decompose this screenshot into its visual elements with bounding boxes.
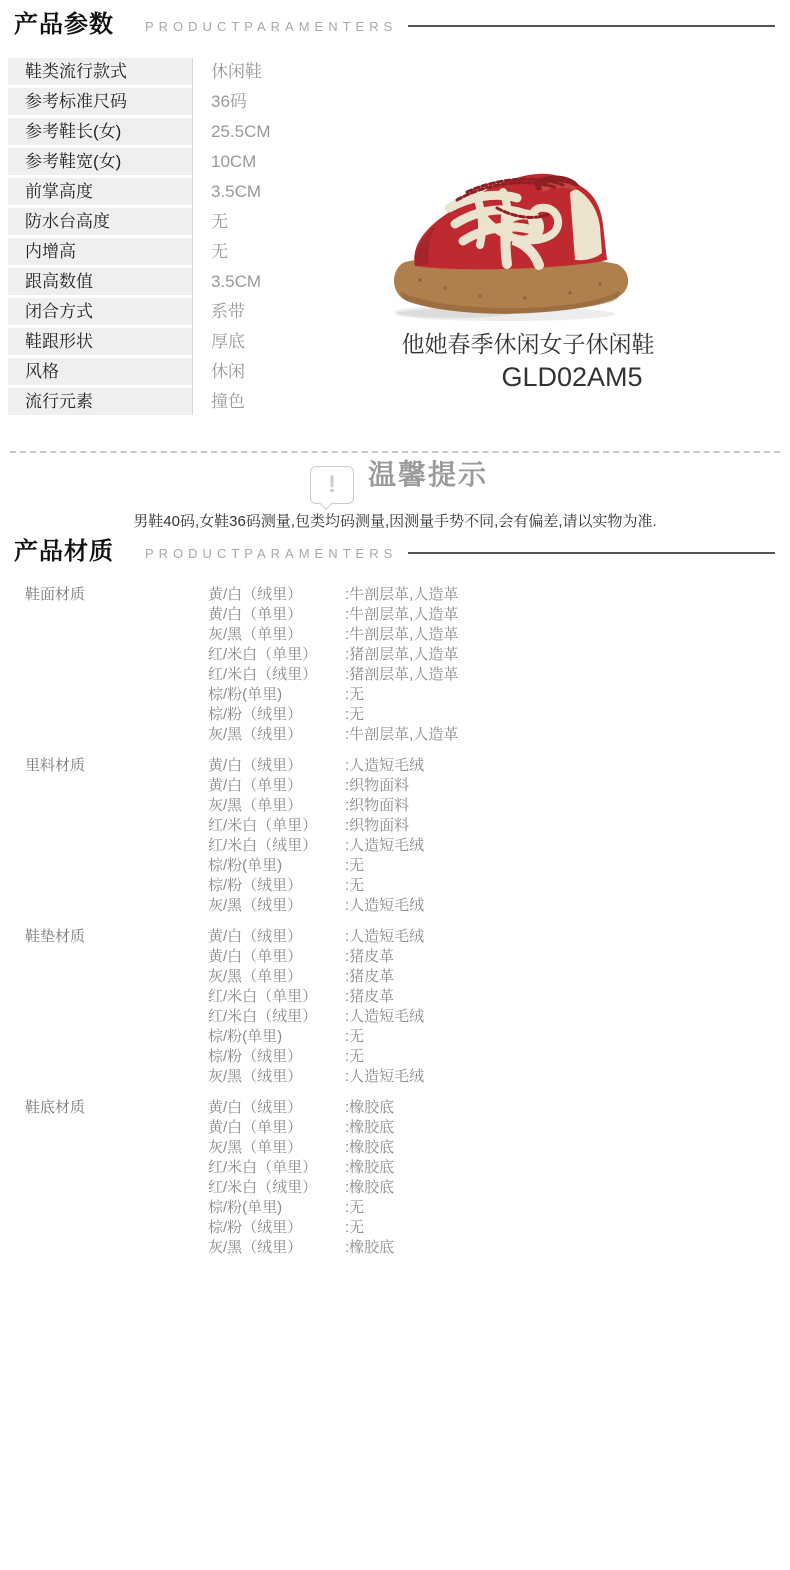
material-variant: 灰/黑（绒里） — [208, 1067, 345, 1087]
material-variant: 灰/黑（绒里） — [208, 896, 345, 916]
material-row: 红/米白（绒里）:人造短毛绒 — [208, 1007, 765, 1027]
material-variant: 棕/粉(单里) — [208, 1198, 345, 1218]
material-value: :无 — [345, 685, 364, 705]
material-value: :无 — [345, 705, 364, 725]
material-variant: 棕/粉(单里) — [208, 1027, 345, 1047]
product-title: 他她春季休闲女子休闲鞋 — [390, 326, 666, 359]
material-variant: 红/米白（绒里） — [208, 1007, 345, 1027]
section-header-materials: 产品材质 PRODUCTPARAMENTERS — [14, 537, 776, 571]
material-row: 红/米白（单里）:猪皮革 — [208, 987, 765, 1007]
material-block: 鞋垫材质黄/白（绒里）:人造短毛绒黄/白（单里）:猪皮革灰/黑（单里）:猪皮革红… — [25, 927, 765, 1087]
param-label: 前掌高度 — [8, 178, 192, 205]
material-variant: 棕/粉(单里) — [208, 685, 345, 705]
material-row: 灰/黑（单里）:橡胶底 — [208, 1138, 765, 1158]
section-title-params: 产品参数 — [14, 10, 114, 40]
param-label: 鞋类流行款式 — [8, 58, 192, 85]
table-row: 参考鞋长(女)25.5CM — [8, 118, 528, 145]
material-label: 鞋底材质 — [25, 1098, 85, 1118]
section-header-params: 产品参数 PRODUCTPARAMENTERS — [14, 10, 776, 44]
section-subtitle-materials: PRODUCTPARAMENTERS — [145, 546, 397, 561]
material-row: 棕/粉(单里):无 — [208, 1198, 765, 1218]
material-row: 棕/粉(单里):无 — [208, 685, 765, 705]
material-value: :无 — [345, 1218, 364, 1238]
material-row: 红/米白（单里）:橡胶底 — [208, 1158, 765, 1178]
material-value: :人造短毛绒 — [345, 927, 424, 947]
material-row: 灰/黑（单里）:猪皮革 — [208, 967, 765, 987]
material-variant: 黄/白（绒里） — [208, 585, 345, 605]
material-row: 灰/黑（绒里）:橡胶底 — [208, 1238, 765, 1258]
param-label: 流行元素 — [8, 388, 192, 415]
material-row: 棕/粉（绒里）:无 — [208, 876, 765, 896]
material-value: :猪剖层革,人造革 — [345, 665, 458, 685]
material-value: :牛剖层革,人造革 — [345, 725, 458, 745]
material-row: 红/米白（单里）:织物面料 — [208, 816, 765, 836]
material-variant: 红/米白（单里） — [208, 645, 345, 665]
material-row: 棕/粉（绒里）:无 — [208, 1218, 765, 1238]
material-value: :牛剖层革,人造革 — [345, 585, 458, 605]
param-value: 休闲 — [211, 358, 245, 385]
param-label: 防水台高度 — [8, 208, 192, 235]
param-value: 系带 — [211, 298, 245, 325]
material-label: 鞋面材质 — [25, 585, 85, 605]
material-variant: 红/米白（绒里） — [208, 836, 345, 856]
material-row: 灰/黑（绒里）:人造短毛绒 — [208, 1067, 765, 1087]
material-variant: 红/米白（绒里） — [208, 665, 345, 685]
param-value: 无 — [211, 208, 228, 235]
material-rows: 黄/白（绒里）:牛剖层革,人造革黄/白（单里）:牛剖层革,人造革灰/黑（单里）:… — [208, 585, 765, 745]
material-label: 鞋垫材质 — [25, 927, 85, 947]
param-label: 参考鞋宽(女) — [8, 148, 192, 175]
material-row: 黄/白（单里）:橡胶底 — [208, 1118, 765, 1138]
param-value: 厚底 — [211, 328, 245, 355]
material-value: :无 — [345, 856, 364, 876]
section-header-line — [408, 25, 775, 27]
param-label: 跟高数值 — [8, 268, 192, 295]
material-row: 黄/白（单里）:猪皮革 — [208, 947, 765, 967]
material-row: 棕/粉（绒里）:无 — [208, 1047, 765, 1067]
material-variant: 黄/白（绒里） — [208, 756, 345, 776]
material-row: 黄/白（绒里）:人造短毛绒 — [208, 927, 765, 947]
material-value: :无 — [345, 1027, 364, 1047]
material-row: 红/米白（绒里）:橡胶底 — [208, 1178, 765, 1198]
param-label: 风格 — [8, 358, 192, 385]
material-variant: 棕/粉(单里) — [208, 856, 345, 876]
material-value: :人造短毛绒 — [345, 756, 424, 776]
material-variant: 灰/黑（单里） — [208, 1138, 345, 1158]
material-row: 棕/粉（绒里）:无 — [208, 705, 765, 725]
param-value: 3.5CM — [211, 178, 261, 205]
material-value: :人造短毛绒 — [345, 896, 424, 916]
material-row: 黄/白（绒里）:人造短毛绒 — [208, 756, 765, 776]
material-value: :织物面料 — [345, 776, 409, 796]
param-value: 无 — [211, 238, 228, 265]
param-label: 闭合方式 — [8, 298, 192, 325]
material-value: :猪剖层革,人造革 — [345, 645, 458, 665]
tips-body-text: 男鞋40码,女鞋36码测量,包类均码测量,因测量手势不同,会有偏差,请以实物为准… — [0, 510, 790, 531]
material-variant: 黄/白（单里） — [208, 776, 345, 796]
param-value: 25.5CM — [211, 118, 271, 145]
tips-heading: 温馨提示 — [368, 453, 488, 493]
material-value: :橡胶底 — [345, 1138, 394, 1158]
product-code: GLD02AM5 — [420, 362, 724, 393]
param-value: 10CM — [211, 148, 256, 175]
material-value: :橡胶底 — [345, 1098, 394, 1118]
material-row: 红/米白（绒里）:猪剖层革,人造革 — [208, 665, 765, 685]
param-value: 撞色 — [211, 388, 245, 415]
material-variant: 黄/白（绒里） — [208, 1098, 345, 1118]
material-row: 灰/黑（单里）:织物面料 — [208, 796, 765, 816]
material-row: 灰/黑（绒里）:人造短毛绒 — [208, 896, 765, 916]
section-title-materials: 产品材质 — [14, 537, 114, 567]
param-label: 参考鞋长(女) — [8, 118, 192, 145]
material-row: 红/米白（单里）:猪剖层革,人造革 — [208, 645, 765, 665]
material-variant: 红/米白（单里） — [208, 816, 345, 836]
material-value: :人造短毛绒 — [345, 1007, 424, 1027]
material-block: 鞋面材质黄/白（绒里）:牛剖层革,人造革黄/白（单里）:牛剖层革,人造革灰/黑（… — [25, 585, 765, 745]
material-row: 黄/白（单里）:织物面料 — [208, 776, 765, 796]
material-value: :猪皮革 — [345, 947, 394, 967]
material-variant: 红/米白（单里） — [208, 1158, 345, 1178]
product-detail-page: 产品参数 PRODUCTPARAMENTERS 鞋类流行款式休闲鞋参考标准尺码3… — [0, 0, 790, 1570]
param-label: 鞋跟形状 — [8, 328, 192, 355]
material-value: :织物面料 — [345, 816, 409, 836]
material-row: 灰/黑（单里）:牛剖层革,人造革 — [208, 625, 765, 645]
exclamation-glyph: ! — [311, 471, 353, 499]
material-variant: 灰/黑（单里） — [208, 796, 345, 816]
exclamation-bubble-icon: ! — [310, 466, 354, 504]
material-row: 红/米白（绒里）:人造短毛绒 — [208, 836, 765, 856]
param-value: 3.5CM — [211, 268, 261, 295]
material-value: :猪皮革 — [345, 967, 394, 987]
material-rows: 黄/白（绒里）:橡胶底黄/白（单里）:橡胶底灰/黑（单里）:橡胶底红/米白（单里… — [208, 1098, 765, 1258]
param-value: 休闲鞋 — [211, 58, 262, 85]
param-value: 36码 — [211, 88, 247, 115]
material-rows: 黄/白（绒里）:人造短毛绒黄/白（单里）:织物面料灰/黑（单里）:织物面料红/米… — [208, 756, 765, 916]
material-variant: 灰/黑（单里） — [208, 967, 345, 987]
material-value: :无 — [345, 1198, 364, 1218]
material-value: :橡胶底 — [345, 1178, 394, 1198]
material-variant: 灰/黑（绒里） — [208, 725, 345, 745]
material-value: :牛剖层革,人造革 — [345, 625, 458, 645]
material-value: :无 — [345, 876, 364, 896]
section-header-line — [408, 552, 775, 554]
material-variant: 黄/白（绒里） — [208, 927, 345, 947]
param-label: 内增高 — [8, 238, 192, 265]
material-label: 里料材质 — [25, 756, 85, 776]
material-variant: 灰/黑（单里） — [208, 625, 345, 645]
material-row: 黄/白（单里）:牛剖层革,人造革 — [208, 605, 765, 625]
material-variant: 棕/粉（绒里） — [208, 1047, 345, 1067]
material-variant: 棕/粉（绒里） — [208, 705, 345, 725]
material-value: :猪皮革 — [345, 987, 394, 1007]
material-value: :橡胶底 — [345, 1238, 394, 1258]
material-variant: 灰/黑（绒里） — [208, 1238, 345, 1258]
material-variant: 黄/白（单里） — [208, 947, 345, 967]
materials-list: 鞋面材质黄/白（绒里）:牛剖层革,人造革黄/白（单里）:牛剖层革,人造革灰/黑（… — [25, 585, 765, 1269]
material-variant: 黄/白（单里） — [208, 1118, 345, 1138]
material-row: 棕/粉(单里):无 — [208, 856, 765, 876]
material-value: :牛剖层革,人造革 — [345, 605, 458, 625]
param-label: 参考标准尺码 — [8, 88, 192, 115]
material-value: :无 — [345, 1047, 364, 1067]
material-variant: 红/米白（单里） — [208, 987, 345, 1007]
material-rows: 黄/白（绒里）:人造短毛绒黄/白（单里）:猪皮革灰/黑（单里）:猪皮革红/米白（… — [208, 927, 765, 1087]
material-value: :人造短毛绒 — [345, 836, 424, 856]
material-variant: 黄/白（单里） — [208, 605, 345, 625]
material-value: :人造短毛绒 — [345, 1067, 424, 1087]
material-variant: 棕/粉（绒里） — [208, 876, 345, 896]
material-row: 黄/白（绒里）:牛剖层革,人造革 — [208, 585, 765, 605]
material-block: 里料材质黄/白（绒里）:人造短毛绒黄/白（单里）:织物面料灰/黑（单里）:织物面… — [25, 756, 765, 916]
material-value: :橡胶底 — [345, 1118, 394, 1138]
material-row: 黄/白（绒里）:橡胶底 — [208, 1098, 765, 1118]
table-row: 参考标准尺码36码 — [8, 88, 528, 115]
material-row: 灰/黑（绒里）:牛剖层革,人造革 — [208, 725, 765, 745]
material-variant: 红/米白（绒里） — [208, 1178, 345, 1198]
table-row: 鞋类流行款式休闲鞋 — [8, 58, 528, 85]
material-variant: 棕/粉（绒里） — [208, 1218, 345, 1238]
product-image — [385, 148, 645, 326]
section-subtitle-params: PRODUCTPARAMENTERS — [145, 19, 397, 34]
material-value: :橡胶底 — [345, 1158, 394, 1178]
material-block: 鞋底材质黄/白（绒里）:橡胶底黄/白（单里）:橡胶底灰/黑（单里）:橡胶底红/米… — [25, 1098, 765, 1258]
material-row: 棕/粉(单里):无 — [208, 1027, 765, 1047]
material-value: :织物面料 — [345, 796, 409, 816]
